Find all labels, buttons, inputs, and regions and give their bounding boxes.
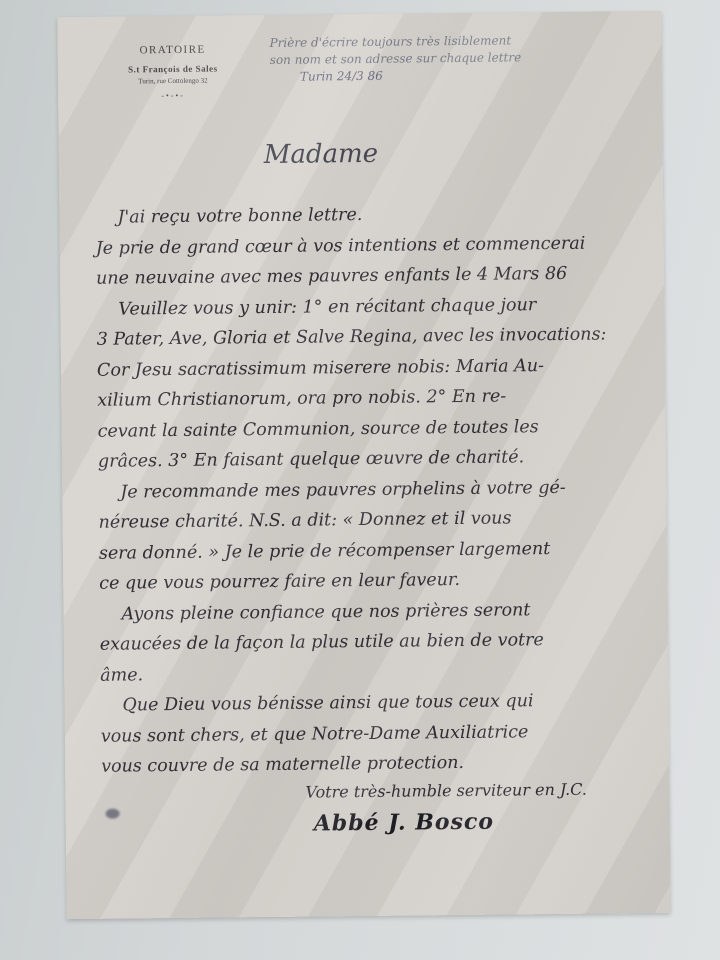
body-line: Je recommande mes pauvres orphelins à vo… xyxy=(98,472,638,508)
body-line: une neuvaine avec mes pauvres enfants le… xyxy=(96,258,636,294)
letterhead-subtitle: S.t François de Sales xyxy=(88,63,258,75)
ink-blot xyxy=(106,809,120,819)
letter-body: J'ai reçu votre bonne lettre.Je prie de … xyxy=(95,197,641,782)
body-line: vous couvre de sa maternelle protection. xyxy=(101,746,641,782)
note-date: Turin 24/3 86 xyxy=(270,65,610,86)
letter-sheet: ORATOIRE S.t François de Sales Turin, ru… xyxy=(57,11,670,919)
body-line: 3 Pater, Ave, Gloria et Salve Regina, av… xyxy=(97,319,637,355)
top-note: Prière d'écrire toujours très lisiblemen… xyxy=(269,31,610,86)
closing: Votre très-humble serviteur en J.C. xyxy=(305,780,587,802)
letterhead-ornament: -•-•- xyxy=(88,90,258,101)
salutation: Madame xyxy=(264,139,379,170)
letterhead: ORATOIRE S.t François de Sales Turin, ru… xyxy=(88,43,259,101)
signature: Abbé J. Bosco xyxy=(314,809,494,837)
letterhead-address: Turin, rue Cottolengo 32 xyxy=(88,76,258,86)
letterhead-name: ORATOIRE xyxy=(88,43,258,57)
